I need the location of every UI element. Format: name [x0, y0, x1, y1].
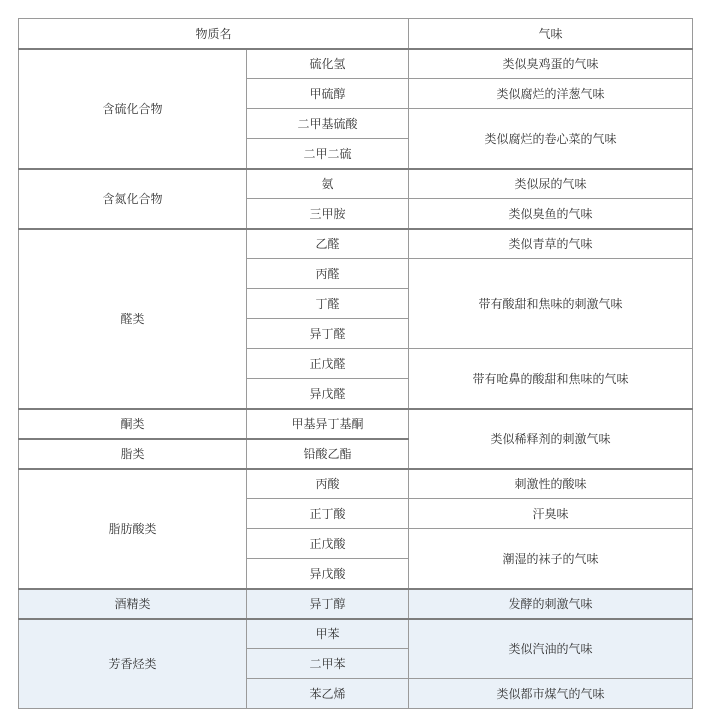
substance-cell: 甲苯	[247, 619, 409, 649]
odor-cell: 带有酸甜和焦味的刺激气味	[409, 259, 693, 349]
substance-cell: 丙酸	[247, 469, 409, 499]
substance-cell: 正戊酸	[247, 529, 409, 559]
substance-cell: 二甲基硫酸	[247, 109, 409, 139]
table-row: 酮类甲基异丁基酮类似稀释剂的刺激气味	[19, 409, 693, 439]
substance-cell: 异丁醇	[247, 589, 409, 619]
category-cell: 脂类	[19, 439, 247, 469]
substance-cell: 二甲二硫	[247, 139, 409, 169]
odor-cell: 类似都市煤气的气味	[409, 679, 693, 709]
category-cell: 脂肪酸类	[19, 469, 247, 589]
substance-cell: 异丁醛	[247, 319, 409, 349]
odor-cell: 类似臭鱼的气味	[409, 199, 693, 229]
category-cell: 含氮化合物	[19, 169, 247, 229]
odor-cell: 潮湿的袜子的气味	[409, 529, 693, 589]
table-row: 醛类乙醛类似青草的气味	[19, 229, 693, 259]
odor-table: 物质名 气味 含硫化合物硫化氢类似臭鸡蛋的气味甲硫醇类似腐烂的洋葱气味二甲基硫酸…	[18, 18, 693, 709]
odor-cell: 类似汽油的气味	[409, 619, 693, 679]
page: 物质名 气味 含硫化合物硫化氢类似臭鸡蛋的气味甲硫醇类似腐烂的洋葱气味二甲基硫酸…	[0, 0, 710, 724]
table-row: 脂肪酸类丙酸刺激性的酸味	[19, 469, 693, 499]
substance-cell: 正丁酸	[247, 499, 409, 529]
substance-cell: 异戊酸	[247, 559, 409, 589]
odor-cell: 类似尿的气味	[409, 169, 693, 199]
substance-cell: 甲基异丁基酮	[247, 409, 409, 439]
category-cell: 酒精类	[19, 589, 247, 619]
header-row: 物质名 气味	[19, 19, 693, 49]
substance-cell: 硫化氢	[247, 49, 409, 79]
table-row: 酒精类异丁醇发酵的刺激气味	[19, 589, 693, 619]
substance-cell: 乙醛	[247, 229, 409, 259]
substance-cell: 三甲胺	[247, 199, 409, 229]
substance-cell: 正戊醛	[247, 349, 409, 379]
substance-cell: 甲硫醇	[247, 79, 409, 109]
category-cell: 芳香烃类	[19, 619, 247, 709]
odor-cell: 类似腐烂的洋葱气味	[409, 79, 693, 109]
odor-cell: 类似臭鸡蛋的气味	[409, 49, 693, 79]
header-odor: 气味	[409, 19, 693, 49]
category-cell: 酮类	[19, 409, 247, 439]
odor-cell: 类似腐烂的卷心菜的气味	[409, 109, 693, 169]
substance-cell: 丙醛	[247, 259, 409, 289]
header-substance-name: 物质名	[19, 19, 409, 49]
odor-cell: 汗臭味	[409, 499, 693, 529]
table-row: 含硫化合物硫化氢类似臭鸡蛋的气味	[19, 49, 693, 79]
odor-cell: 类似青草的气味	[409, 229, 693, 259]
category-cell: 含硫化合物	[19, 49, 247, 169]
odor-cell: 带有呛鼻的酸甜和焦味的气味	[409, 349, 693, 409]
substance-cell: 铅酸乙酯	[247, 439, 409, 469]
odor-cell: 发酵的刺激气味	[409, 589, 693, 619]
substance-cell: 苯乙烯	[247, 679, 409, 709]
odor-cell: 类似稀释剂的刺激气味	[409, 409, 693, 469]
substance-cell: 丁醛	[247, 289, 409, 319]
substance-cell: 异戊醛	[247, 379, 409, 409]
category-cell: 醛类	[19, 229, 247, 409]
odor-cell: 刺激性的酸味	[409, 469, 693, 499]
substance-cell: 二甲苯	[247, 649, 409, 679]
substance-cell: 氨	[247, 169, 409, 199]
table-body: 含硫化合物硫化氢类似臭鸡蛋的气味甲硫醇类似腐烂的洋葱气味二甲基硫酸类似腐烂的卷心…	[19, 49, 693, 709]
table-row: 芳香烃类甲苯类似汽油的气味	[19, 619, 693, 649]
table-row: 含氮化合物氨类似尿的气味	[19, 169, 693, 199]
